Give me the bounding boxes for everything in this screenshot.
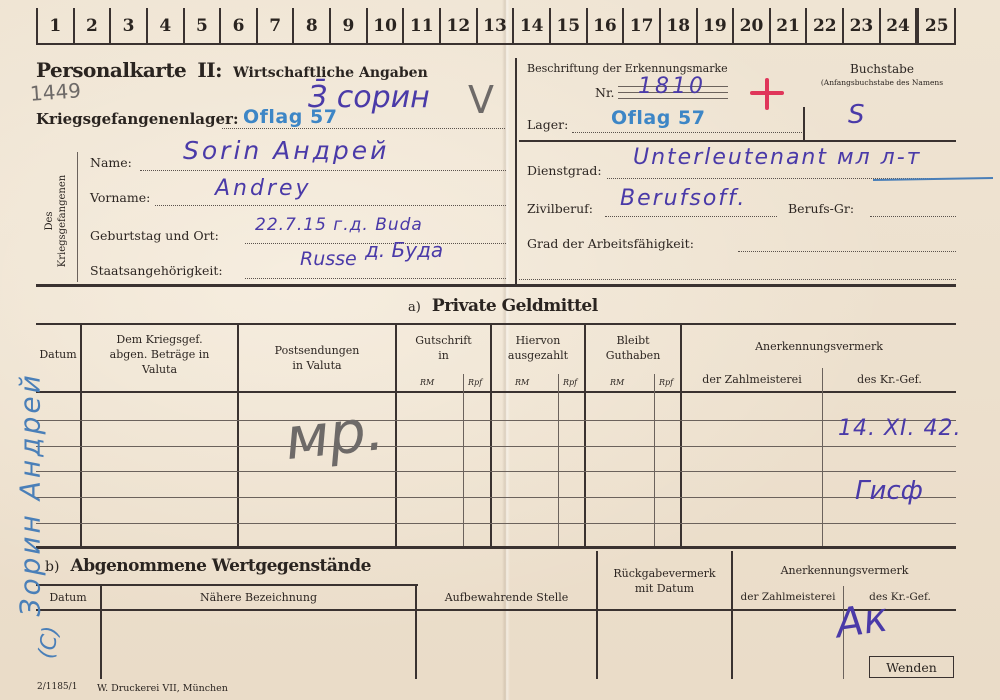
section-b-title: b) Abgenommene Wertgegenstände bbox=[45, 556, 371, 576]
tag-lager-stamp: Oflag 57 bbox=[611, 107, 705, 129]
header-hiervon-line1: Hiervon bbox=[492, 333, 584, 348]
birthplace-cyrillic: д. Буда bbox=[365, 238, 443, 262]
table-a-header-rule bbox=[36, 391, 956, 393]
tag-lager-label: Lager: bbox=[527, 117, 568, 132]
name-value: Sorin Андрей bbox=[183, 136, 389, 165]
first-name-dotted-line bbox=[155, 205, 506, 206]
column-number: 20 bbox=[732, 8, 769, 43]
card-title-numeral: II: bbox=[197, 58, 222, 82]
row-line bbox=[36, 420, 956, 421]
column-number: 22 bbox=[805, 8, 842, 43]
tag-nr-value: 1810 bbox=[638, 74, 706, 99]
name-dotted-line bbox=[140, 170, 506, 171]
column-number: 15 bbox=[549, 8, 586, 43]
camp-label: Kriegsgefangenenlager: bbox=[36, 110, 239, 128]
section-a-top-rule bbox=[36, 284, 956, 287]
column-number: 16 bbox=[586, 8, 623, 43]
side-label-line1: Des bbox=[43, 161, 56, 281]
section-a-prefix: a) bbox=[408, 300, 421, 315]
civil-dotted-line bbox=[605, 216, 777, 217]
column-number: 8 bbox=[292, 8, 329, 43]
subcol-divider bbox=[558, 374, 559, 546]
subcol-divider bbox=[463, 374, 464, 546]
letter-subheading: (Anfangsbuchstabe des Namens bbox=[808, 78, 956, 87]
col-divider bbox=[680, 324, 682, 546]
header-bleibt-line1: Bleibt bbox=[586, 333, 680, 348]
column-number: 5 bbox=[183, 8, 220, 43]
header-post-line1: Postsendungen bbox=[239, 343, 395, 358]
header-rpf: Rpf bbox=[468, 378, 482, 387]
identity-side-label: Des Kriegsgefangenen bbox=[36, 160, 76, 280]
column-number: 1 bbox=[36, 8, 73, 43]
card-title-row: Personalkarte II: Wirtschaftliche Angabe… bbox=[36, 58, 428, 82]
b-header-rueckgabe: Rückgabevermerk mit Datum bbox=[598, 566, 731, 596]
camp-handwritten: З̄ сорин bbox=[308, 80, 430, 115]
table-b-header-rule bbox=[36, 609, 956, 611]
table-a-bottom-rule bbox=[36, 546, 956, 549]
header-rpf: Rpf bbox=[659, 378, 673, 387]
column-number: 14 bbox=[512, 8, 549, 43]
column-number: 7 bbox=[256, 8, 293, 43]
first-name-value: Andrey bbox=[215, 176, 312, 201]
col-divider bbox=[100, 611, 102, 679]
b-header-aufbewahrende: Aufbewahrende Stelle bbox=[417, 591, 596, 604]
header-rm: RM bbox=[610, 378, 624, 387]
check-mark: V bbox=[468, 78, 494, 122]
table-b-top-rule bbox=[36, 584, 418, 586]
b-header-naehere: Nähere Bezeichnung bbox=[102, 591, 415, 604]
identity-bracket bbox=[77, 152, 78, 282]
column-number: 23 bbox=[842, 8, 879, 43]
header-datum: Datum bbox=[36, 348, 80, 361]
column-number: 2 bbox=[73, 8, 110, 43]
header-dem-line3: Valuta bbox=[82, 362, 237, 377]
header-dem-line2: abgen. Beträge in bbox=[82, 347, 237, 362]
section-b-prefix: b) bbox=[45, 559, 59, 575]
header-gutschrift-line1: Gutschrift bbox=[397, 333, 490, 348]
header-rm: RM bbox=[420, 378, 434, 387]
header-hiervon-line2: ausgezahlt bbox=[492, 348, 584, 363]
column-number: 19 bbox=[696, 8, 733, 43]
side-label-line2: Kriegsgefangenen bbox=[56, 161, 69, 281]
pencil-signature: мр. bbox=[282, 395, 388, 473]
table-a-top-rule bbox=[36, 323, 956, 325]
column-number: 9 bbox=[329, 8, 366, 43]
header-zahlmeisterei: der Zahlmeisterei bbox=[682, 373, 822, 386]
tag-lager-dotted-line bbox=[572, 132, 802, 133]
letter-box-divider bbox=[803, 107, 805, 142]
header-hiervon: Hiervon ausgezahlt bbox=[492, 333, 584, 363]
signature-entry: Гисф bbox=[855, 476, 923, 506]
camp-dotted-line bbox=[222, 128, 505, 129]
header-rpf: Rpf bbox=[563, 378, 577, 387]
tag-nr-label: Nr. bbox=[595, 85, 615, 100]
header-gutschrift-line2: in bbox=[397, 348, 490, 363]
header-gutschrift: Gutschrift in bbox=[397, 333, 490, 363]
column-number: 3 bbox=[109, 8, 146, 43]
red-cross-mark bbox=[750, 78, 784, 110]
ability-dotted-line bbox=[738, 251, 956, 252]
civil-value: Berufsoff. bbox=[620, 186, 746, 211]
column-number: 18 bbox=[659, 8, 696, 43]
header-dem: Dem Kriegsgef. abgen. Beträge in Valuta bbox=[82, 332, 237, 377]
b-header-anerkennung: Anerkennungsvermerk bbox=[733, 564, 956, 577]
b-header-rueckgabe-line1: Rückgabevermerk bbox=[598, 566, 731, 581]
date-entry: 14. XI. 42. bbox=[838, 416, 962, 441]
column-number: 17 bbox=[622, 8, 659, 43]
form-number: 2/1185/1 bbox=[37, 682, 77, 692]
column-number: 4 bbox=[146, 8, 183, 43]
group-label: Berufs-Gr: bbox=[788, 201, 854, 216]
header-krgef: des Kr.-Gef. bbox=[823, 373, 956, 386]
rank-value: Unterleutenant мл л-т bbox=[633, 145, 921, 170]
extra-dotted-line bbox=[519, 279, 956, 280]
subcol-divider bbox=[654, 374, 655, 546]
subcol-divider bbox=[822, 368, 823, 546]
nationality-label: Staatsangehörigkeit: bbox=[90, 263, 223, 278]
header-dem-line1: Dem Kriegsgef. bbox=[82, 332, 237, 347]
civil-label: Zivilberuf: bbox=[527, 201, 593, 216]
header-post-line2: in Valuta bbox=[239, 358, 395, 373]
header-post: Postsendungen in Valuta bbox=[239, 343, 395, 373]
column-number: 10 bbox=[366, 8, 403, 43]
column-number: 12 bbox=[439, 8, 476, 43]
card-subtitle: Wirtschaftliche Angaben bbox=[233, 65, 428, 81]
birth-value: 22.7.15 г.д. Buda bbox=[255, 215, 423, 235]
rank-label: Dienstgrad: bbox=[527, 163, 602, 178]
letter-heading: Buchstabe bbox=[808, 62, 956, 76]
margin-handwriting: Зорин Андрей bbox=[14, 377, 47, 617]
section-divider bbox=[515, 58, 517, 284]
row-line bbox=[36, 497, 956, 498]
header-bleibt-line2: Guthaben bbox=[586, 348, 680, 363]
header-bleibt: Bleibt Guthaben bbox=[586, 333, 680, 363]
ability-label: Grad der Arbeitsfähigkeit: bbox=[527, 236, 694, 251]
header-rm: RM bbox=[515, 378, 529, 387]
row-line bbox=[36, 471, 956, 472]
column-number: 13 bbox=[476, 8, 513, 43]
section-a-title-text: Private Geldmittel bbox=[432, 296, 598, 316]
b-header-rueckgabe-line2: mit Datum bbox=[598, 581, 731, 596]
section-a-title: a) Private Geldmittel bbox=[408, 296, 598, 316]
column-number: 21 bbox=[769, 8, 806, 43]
turn-over-box: Wenden bbox=[869, 656, 954, 678]
pencil-number: 1449 bbox=[29, 78, 81, 105]
tag-bottom-rule bbox=[519, 140, 956, 142]
b-signature-entry: Ак bbox=[833, 595, 890, 648]
row-line bbox=[36, 446, 956, 447]
card-title: Personalkarte bbox=[36, 58, 186, 82]
column-number: 25 bbox=[917, 8, 956, 43]
name-label: Name: bbox=[90, 155, 132, 170]
header-anerkennung: Anerkennungsvermerk bbox=[682, 340, 956, 353]
column-number: 6 bbox=[219, 8, 256, 43]
b-header-zahlmeisterei: der Zahlmeisterei bbox=[733, 591, 843, 603]
row-line bbox=[36, 523, 956, 524]
first-name-label: Vorname: bbox=[90, 190, 150, 205]
letter-value: S bbox=[848, 100, 865, 130]
nationality-dotted-line bbox=[245, 278, 506, 279]
printer-imprint: W. Druckerei VII, München bbox=[97, 683, 228, 694]
column-number: 24 bbox=[879, 8, 918, 43]
column-number-strip: 1 2 3 4 5 6 7 8 9 10 11 12 13 14 15 16 1… bbox=[36, 8, 956, 45]
group-dotted-line bbox=[870, 216, 956, 217]
birth-label: Geburtstag und Ort: bbox=[90, 228, 219, 243]
column-number: 11 bbox=[402, 8, 439, 43]
nationality-value: Russe bbox=[300, 248, 357, 270]
section-b-title-text: Abgenommene Wertgegenstände bbox=[71, 556, 371, 576]
